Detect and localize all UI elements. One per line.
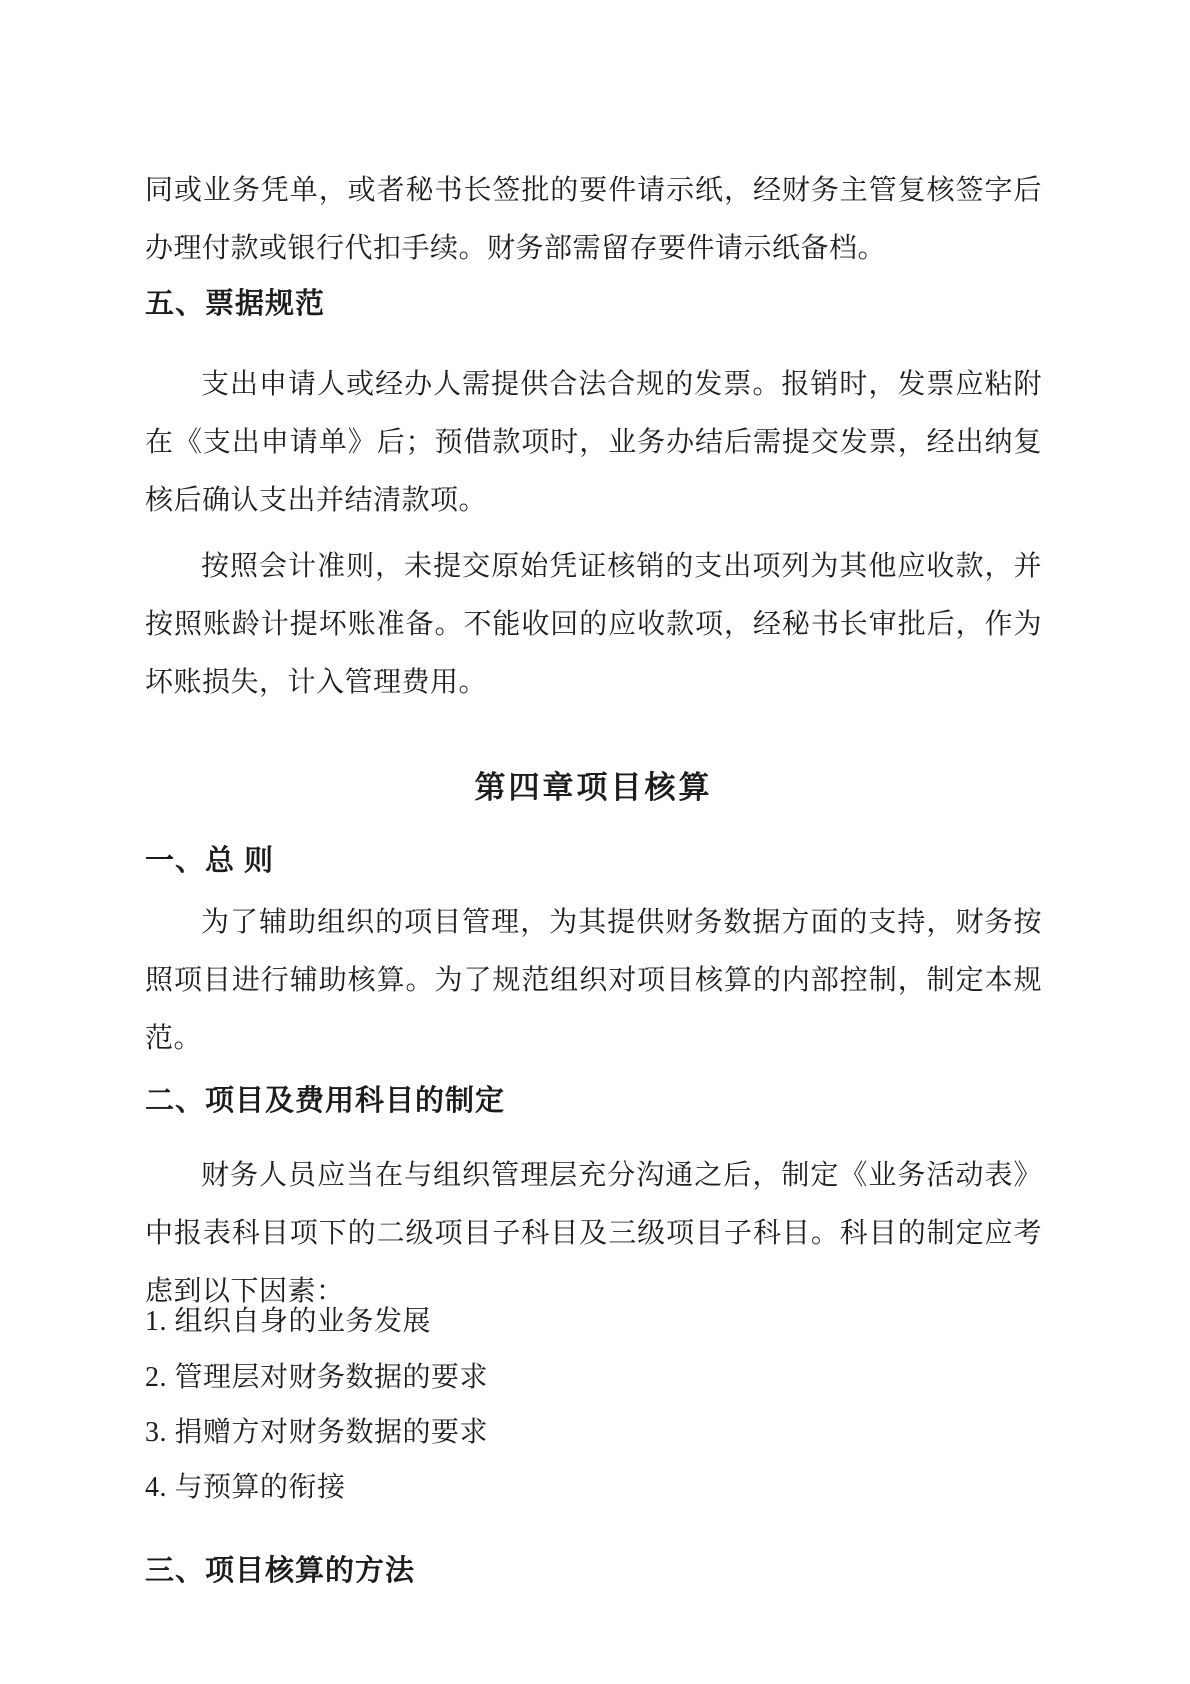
list-item-3: 3. 捐赠方对财务数据的要求 [145,1411,1042,1455]
list-item-2: 2. 管理层对财务数据的要求 [145,1356,1042,1400]
chapter-title-project-accounting: 第四章项目核算 [145,765,1042,811]
paragraph-general-rules: 为了辅助组织的项目管理，为其提供财务数据方面的支持，财务按照项目进行辅助核算。为… [145,894,1042,1068]
section-heading-3-accounting-method: 三、项目核算的方法 [145,1549,1042,1593]
paragraph-subject-definition: 财务人员应当在与组织管理层充分沟通之后，制定《业务活动表》中报表科目项下的二级项… [145,1147,1042,1321]
paragraph-invoice-rules: 支出申请人或经办人需提供合法合规的发票。报销时，发票应粘附在《支出申请单》后；预… [145,356,1042,530]
list-item-4: 4. 与预算的衔接 [145,1466,1042,1510]
list-item-1: 1. 组织自身的业务发展 [145,1300,1042,1344]
page-background: 同或业务凭单，或者秘书长签批的要件请示纸，经财务主管复核签字后办理付款或银行代扣… [0,0,1190,1684]
document-page: { "page": { "background_color": "#ffffff… [0,0,1190,1684]
paragraph-accounting-standards: 按照会计准则，未提交原始凭证核销的支出项列为其他应收款，并按照账龄计提坏账准备。… [145,538,1042,712]
section-heading-2-subject-definition: 二、项目及费用科目的制定 [145,1079,1042,1123]
section-heading-1-general-rules: 一、总 则 [145,839,1042,883]
continuation-paragraph: 同或业务凭单，或者秘书长签批的要件请示纸，经财务主管复核签字后办理付款或银行代扣… [145,162,1042,278]
section-heading-5-piaoju-guifan: 五、票据规范 [145,282,1042,326]
